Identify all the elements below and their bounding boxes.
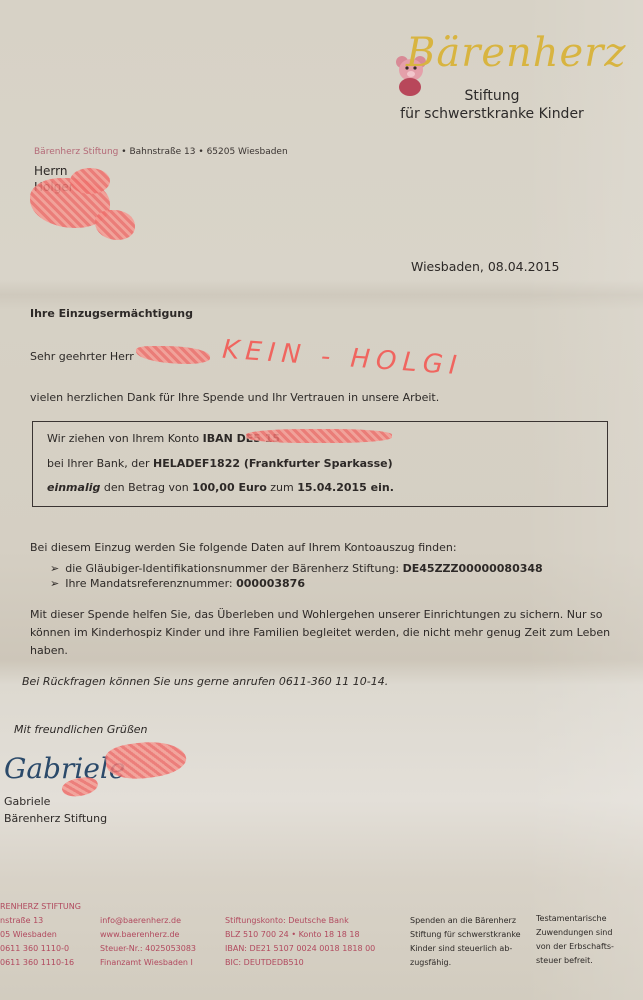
- footer-inheritance-note: Testamentarische Zuwendungen sind von de…: [536, 912, 614, 968]
- paragraph-line: können im Kinderhospiz Kinder und ihre F…: [30, 626, 610, 639]
- bank-bic: HELADEF1822 (Frankfurter Sparkasse): [153, 457, 393, 470]
- footer-tax-note: Spenden an die Bärenherz Stiftung für sc…: [410, 914, 521, 970]
- paragraph-line: Mit dieser Spende helfen Sie, das Überle…: [30, 608, 602, 621]
- statement-item: ➢die Gläubiger-Identifikationsnummer der…: [50, 562, 543, 575]
- letter-subject: Ihre Einzugsermächtigung: [30, 307, 193, 320]
- logo-subtitle-2: für schwerstkranke Kinder: [392, 106, 592, 122]
- signer-name: Gabriele: [4, 795, 50, 808]
- statement-intro: Bei diesem Einzug werden Sie folgende Da…: [30, 541, 457, 554]
- statement-item: ➢Ihre Mandatsreferenznummer: 000003876: [50, 577, 305, 590]
- redaction-scribble: [95, 210, 135, 240]
- logo-wordmark: Bärenherz: [406, 30, 626, 76]
- sender-street: Bahnstraße 13: [129, 147, 195, 157]
- handwritten-greeting: KEIN - HOLGI: [221, 335, 463, 382]
- amount-value: 100,00 Euro: [192, 481, 267, 494]
- thanks-line: vielen herzlichen Dank für Ihre Spende u…: [30, 391, 439, 404]
- box-line-bank: bei Ihrer Bank, der HELADEF1822 (Frankfu…: [47, 457, 393, 470]
- sender-city: 65205 Wiesbaden: [207, 147, 288, 157]
- footer-website[interactable]: www.baerenherz.de: [100, 928, 196, 942]
- footer-email[interactable]: info@baerenherz.de: [100, 914, 196, 928]
- mandate-reference: 000003876: [236, 577, 305, 590]
- greeting: Sehr geehrter Herr: [30, 350, 134, 363]
- closing: Mit freundlichen Grüßen: [14, 723, 148, 736]
- sender-address-line: Bärenherz Stiftung • Bahnstraße 13 • 652…: [34, 147, 288, 157]
- sender-brand: Bärenherz Stiftung: [34, 147, 118, 157]
- footer-bank: Stiftungskonto: Deutsche Bank BLZ 510 70…: [225, 914, 375, 970]
- redaction-scribble: [70, 168, 110, 194]
- box-line-amount: einmalig den Betrag von 100,00 Euro zum …: [47, 481, 394, 494]
- paragraph-line: haben.: [30, 644, 68, 657]
- arrow-bullet-icon: ➢: [50, 562, 59, 575]
- recipient-salutation: Herrn: [34, 164, 67, 178]
- debit-date: 15.04.2015 ein.: [297, 481, 394, 494]
- creditor-id: DE45ZZZ00000080348: [403, 562, 543, 575]
- redaction-scribble: [246, 429, 392, 443]
- contact-line: Bei Rückfragen können Sie uns gerne anru…: [22, 675, 388, 688]
- arrow-bullet-icon: ➢: [50, 577, 59, 590]
- letter-date: Wiesbaden, 08.04.2015: [411, 259, 559, 274]
- footer-contact: info@baerenherz.de www.baerenherz.de Ste…: [100, 914, 196, 970]
- logo-subtitle-1: Stiftung: [392, 88, 592, 104]
- redaction-scribble: [136, 346, 210, 364]
- signer-organization: Bärenherz Stiftung: [4, 812, 107, 825]
- footer-address: RENHERZ STIFTUNG nstraße 13 05 Wiesbaden…: [0, 900, 81, 970]
